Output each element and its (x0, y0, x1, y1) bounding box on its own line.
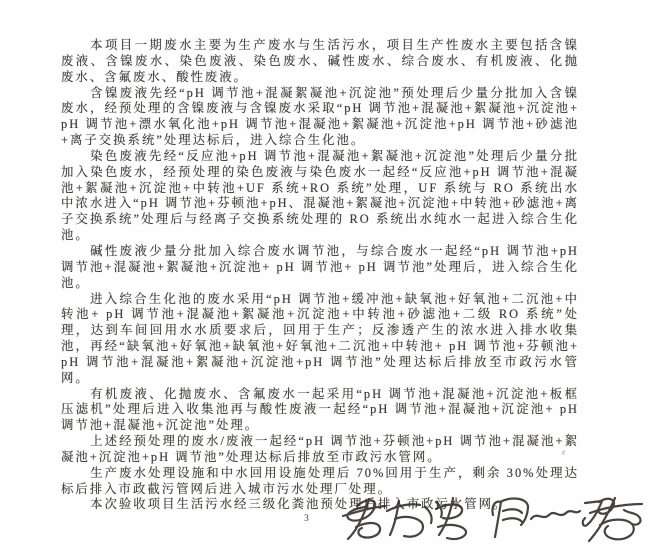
body-paragraph-7: 上述经预处理的废水/废液一起经“pH 调节池+芬顿池+pH 调节池+混凝池+絮凝… (61, 434, 579, 466)
document-text-body: 本项目一期废水主要为生产废水与生活污水，项目生产性废水主要包括含镍废液、含镍废水… (61, 38, 579, 513)
body-paragraph-5: 进入综合生化池的废水采用“pH 调节池+缓冲池+缺氧池+好氧池+二沉池+中转池+… (61, 292, 579, 387)
body-paragraph-4: 碱性废液少量分批加入综合废水调节池，与综合废水一起经“pH 调节池+pH 调节池… (61, 244, 579, 292)
body-paragraph-1: 本项目一期废水主要为生产废水与生活污水，项目生产性废水主要包括含镍废液、含镍废水… (61, 38, 579, 86)
handwritten-signature-icon (335, 490, 650, 560)
body-paragraph-2: 含镍废液先经“pH 调节池+混凝絮凝池+沉淀池”预处理后少量分批加入含镍废水，经… (61, 86, 579, 149)
page-number: 3 (304, 514, 309, 524)
body-paragraph-6: 有机废液、化抛废水、含氟废水一起采用“pH 调节池+混凝池+沉淀池+板框压滤机”… (61, 387, 579, 435)
body-paragraph-3: 染色废液先经“反应池+pH 调节池+混凝池+絮凝池+沉淀池”处理后少量分批加入染… (61, 149, 579, 244)
scanned-document-page: 本项目一期废水主要为生产废水与生活污水，项目生产性废水主要包括含镍废液、含镍废水… (0, 0, 650, 560)
